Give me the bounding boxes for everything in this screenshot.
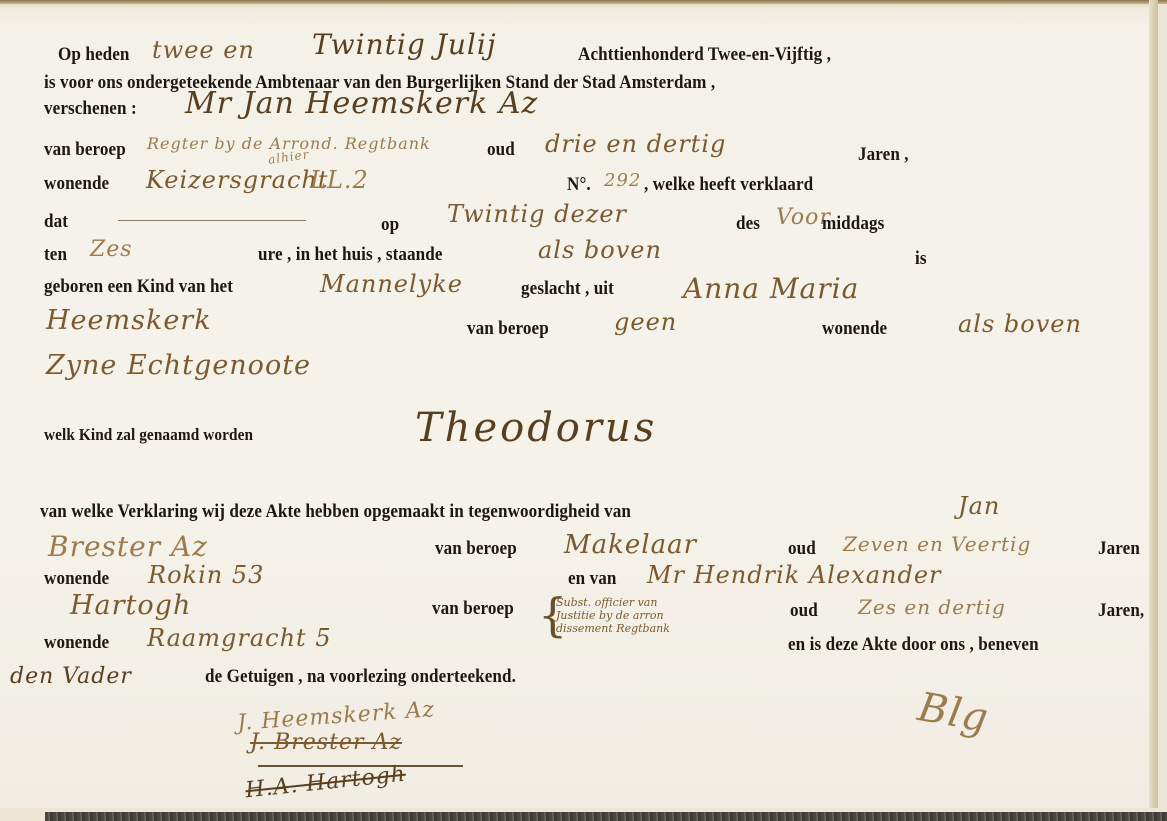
print-wonende: wonende: [44, 173, 109, 195]
hand-mother-occupation: geen: [614, 308, 677, 336]
print-van-beroep-mother: van beroep: [467, 318, 549, 340]
print-dat: dat: [44, 211, 68, 233]
page-top-edge: [0, 0, 1167, 4]
print-jaren-w2: Jaren,: [1098, 600, 1144, 622]
print-jaren: Jaren ,: [858, 144, 909, 166]
print-welk-kind-genaamd: welk Kind zal genaamd worden: [44, 425, 253, 445]
hand-witness2-occupation-line2: Justitie by de arron: [556, 609, 664, 622]
hand-birth-hour: Zes: [90, 237, 133, 262]
print-des: des: [736, 213, 760, 235]
hand-witness2-first-names: Mr Hendrik Alexander: [647, 561, 942, 589]
hand-witness2-occupation-line3: dissement Regtbank: [556, 622, 670, 635]
hand-mother-residence: als boven: [958, 310, 1082, 338]
print-verklaard: , welke heeft verklaard: [644, 174, 813, 196]
hand-witness1-age: Zeven en Veertig: [843, 532, 1031, 556]
hand-mother-first-names: Anna Maria: [683, 272, 859, 305]
print-verklaring-line: van welke Verklaring wij deze Akte hebbe…: [40, 501, 631, 523]
hand-witness1-first-name: Jan: [958, 492, 1000, 520]
print-van-beroep-w2: van beroep: [432, 598, 514, 620]
hand-house-number: 292: [604, 170, 641, 191]
print-geslacht-uit: geslacht , uit: [521, 278, 614, 300]
print-en-van: en van: [568, 568, 617, 590]
hand-declarant-address: Keizersgracht: [146, 166, 329, 194]
print-geboren-een-kind: geboren een Kind van het: [44, 276, 233, 298]
print-jaren-w1: Jaren: [1098, 538, 1140, 560]
hand-witness1-address: Rokin 53: [148, 561, 264, 589]
hand-declarant-name: Mr Jan Heemskerk Az: [185, 86, 538, 121]
print-oud-w1: oud: [788, 538, 816, 560]
hand-child-name: Theodorus: [415, 405, 657, 451]
print-middags: middags: [822, 213, 884, 235]
print-wonende-mother: wonende: [822, 318, 887, 340]
hand-witness1-occupation: Makelaar: [564, 530, 697, 560]
print-van-beroep: van beroep: [44, 139, 126, 161]
blank-dash-line: [118, 220, 306, 221]
hand-witness2-occupation-line1: Subst. officier van: [556, 596, 657, 609]
page-bottom-binding-edge: [45, 812, 1167, 821]
print-van-beroep-w1: van beroep: [435, 538, 517, 560]
document-page: Op heden twee en Twintig Julij Achttienh…: [0, 0, 1158, 808]
print-op-heden: Op heden: [58, 44, 130, 66]
print-nummer: N°.: [567, 174, 591, 196]
print-wonende-w2: wonende: [44, 632, 109, 654]
hand-witness2-age: Zes en dertig: [858, 595, 1006, 619]
print-wonende-w1: wonende: [44, 568, 109, 590]
print-getuigen-onderteekend: de Getuigen , na voorlezing onderteekend…: [205, 666, 516, 688]
print-oud-w2: oud: [790, 600, 818, 622]
print-year: Achttienhonderd Twee-en-Vijftig ,: [578, 44, 831, 66]
print-oud: oud: [487, 139, 515, 161]
signature-brester: J. Brester Az: [250, 730, 402, 755]
hand-birth-date: Twintig dezer: [447, 200, 627, 228]
hand-witness2-address: Raamgracht 5: [147, 624, 332, 652]
hand-mother-relation: Zyne Echtgenoote: [46, 350, 311, 381]
print-verschenen: verschenen :: [44, 98, 137, 120]
hand-declarant-address-extra: LL.2: [310, 166, 369, 194]
hand-declarant-age: drie en dertig: [545, 130, 726, 158]
hand-day: twee en: [152, 36, 255, 64]
signature-hartogh: H.A. Hartogh: [244, 762, 407, 804]
hand-den-vader: den Vader: [10, 664, 132, 689]
print-is: is: [915, 248, 927, 270]
print-ten: ten: [44, 244, 67, 266]
signature-official: Blg: [915, 684, 993, 742]
print-ure-in-het-huis: ure , in het huis , staande: [258, 244, 443, 266]
hand-witness2-surname: Hartogh: [70, 590, 191, 621]
print-op: op: [381, 214, 399, 236]
hand-mother-surname: Heemskerk: [46, 305, 212, 336]
hand-witness1-surname: Brester Az: [48, 530, 208, 563]
hand-child-sex: Mannelyke: [320, 270, 463, 298]
hand-birth-place: als boven: [538, 236, 662, 264]
hand-month: Twintig Julij: [312, 28, 497, 61]
print-is-deze-akte: en is deze Akte door ons , beneven: [788, 634, 1039, 656]
